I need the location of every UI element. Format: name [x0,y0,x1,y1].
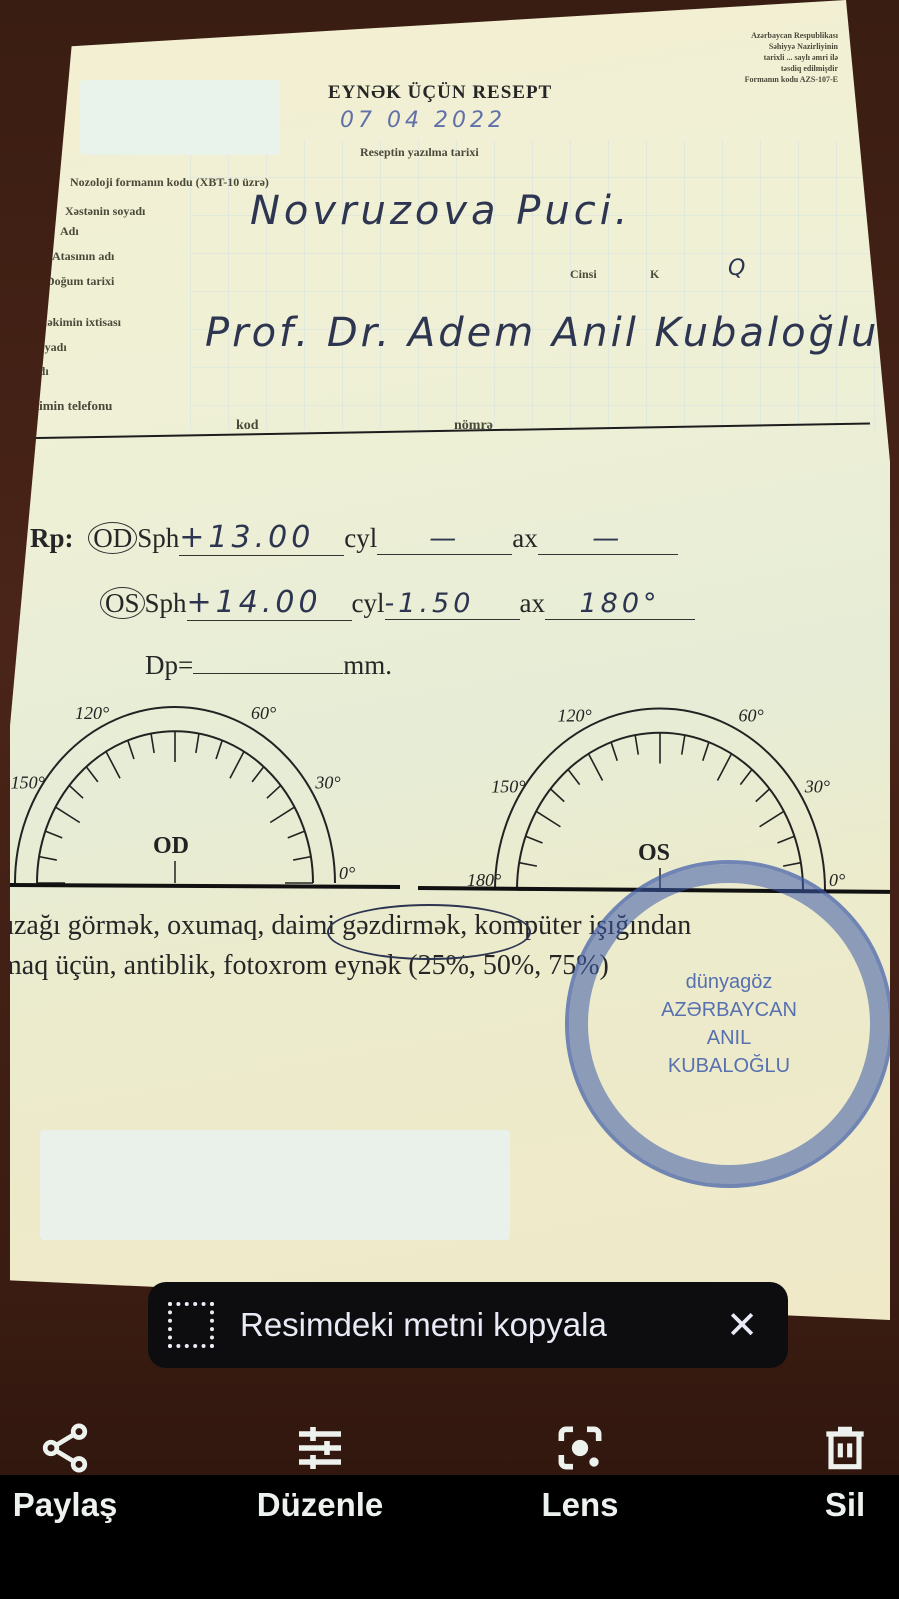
os-cyl-value: -1.50 [385,588,520,620]
svg-text:30°: 30° [804,777,830,797]
dp-row: Dp=mm. [145,650,392,681]
doctor-name-label: Adı [30,364,49,379]
share-icon [37,1420,93,1476]
od-axis-chart: 150°120°90°60°30°0°OD [11,700,356,883]
od-cyl-value: — [377,523,512,555]
patient-name-label: Adı [60,224,79,239]
os-sph-value: +14.00 [187,585,352,621]
gender-label: Cinsi [570,267,597,282]
edit-label: Düzenle [257,1486,384,1524]
os-axis-chart: 180°150°120°90°60°30°0°OS [467,700,845,890]
od-label: OD [88,522,137,554]
edit-button[interactable]: Düzenle [240,1420,400,1524]
svg-text:60°: 60° [739,705,764,725]
svg-text:30°: 30° [314,772,340,792]
doctor-phone-label: Həkimin telefonu [16,398,112,414]
purpose-line-2: maq üçün, antiblik, fotoxrom eynək (25%,… [0,950,609,982]
dp-unit: mm. [343,650,392,680]
svg-text:120°: 120° [558,705,592,725]
od-ax-value: — [538,523,678,555]
doctor-specialty-label: Həkimin ixtisası [38,315,121,330]
prescription-paper: EYNƏK ÜÇÜN RESEPT 07 04 2022 Reseptin ya… [10,0,890,1320]
form-grid [190,140,880,430]
text-select-icon [168,1302,214,1348]
date-label: Reseptin yazılma tarixi [360,145,479,160]
lens-icon [552,1420,608,1476]
form-code-label: Nozoloji formanın kodu (XBT-10 üzrə) [70,175,269,190]
rp-label: Rp: [30,523,74,553]
bottom-action-bar [0,1475,899,1599]
os-label: OS [100,587,145,619]
copy-text-toast[interactable]: Resimdeki metni kopyala ✕ [148,1282,788,1368]
doctor-name-handwritten: Prof. Dr. Adem Anil Kubaloğlu [205,310,879,356]
patient-birth-label: Doğum tarixi [46,274,114,289]
os-ax-value: 180° [545,588,695,620]
prescription-date: 07 04 2022 [340,108,506,133]
svg-text:OD: OD [153,833,189,859]
od-sph-value: +13.00 [179,520,344,556]
patient-surname-label: Xəstənin soyadı [65,204,145,219]
stamp-line: AZƏRBAYCAN [661,996,797,1024]
sliders-icon [292,1420,348,1476]
svg-text:150°: 150° [491,777,525,797]
copy-text-label[interactable]: Resimdeki metni kopyala [240,1306,607,1344]
svg-text:120°: 120° [75,703,109,723]
gender-option-q: Q [728,256,749,281]
rx-row-od: Rp: ODSph+13.00cyl—ax— [30,520,678,556]
lens-button[interactable]: Lens [520,1420,640,1524]
patient-name-handwritten: Novruzova Puci. [250,188,632,234]
phone-code-label: kod [236,418,259,434]
stamp-line: dünyagöz [686,968,773,996]
lens-label: Lens [541,1486,618,1524]
dp-label: Dp= [145,650,193,680]
photo-viewer: EYNƏK ÜÇÜN RESEPT 07 04 2022 Reseptin ya… [0,0,899,1460]
document-title: EYNƏK ÜÇÜN RESEPT [328,82,552,104]
rx-row-os: OSSph+14.00cyl-1.50ax180° [100,585,695,621]
share-label: Paylaş [13,1486,118,1524]
share-button[interactable]: Paylaş [0,1420,130,1524]
svg-text:150°: 150° [11,772,45,792]
doctor-surname-label: Soyadı [32,340,67,355]
stamp-line: ANIL [707,1024,751,1052]
handwritten-circle [327,904,531,960]
close-icon[interactable]: ✕ [726,1303,758,1348]
redacted-area [80,80,280,155]
clinic-stamp: dünyagöz AZƏRBAYCAN ANIL KUBALOĞLU [565,860,893,1188]
svg-text:60°: 60° [251,703,276,723]
phone-number-label: nömrə [454,418,493,434]
trash-icon [817,1420,873,1476]
stamp-line: KUBALOĞLU [668,1052,790,1080]
svg-text:0°: 0° [339,863,355,883]
gender-option-k: K [650,267,659,282]
header-note: Azərbaycan RespublikasıSəhiyyə Nazirliyi… [678,30,838,85]
redacted-area [40,1130,510,1240]
patient-father-label: Atasının adı [52,249,114,264]
delete-label: Sil [825,1486,865,1524]
delete-button[interactable]: Sil [800,1420,890,1524]
svg-text:OS: OS [638,840,670,866]
